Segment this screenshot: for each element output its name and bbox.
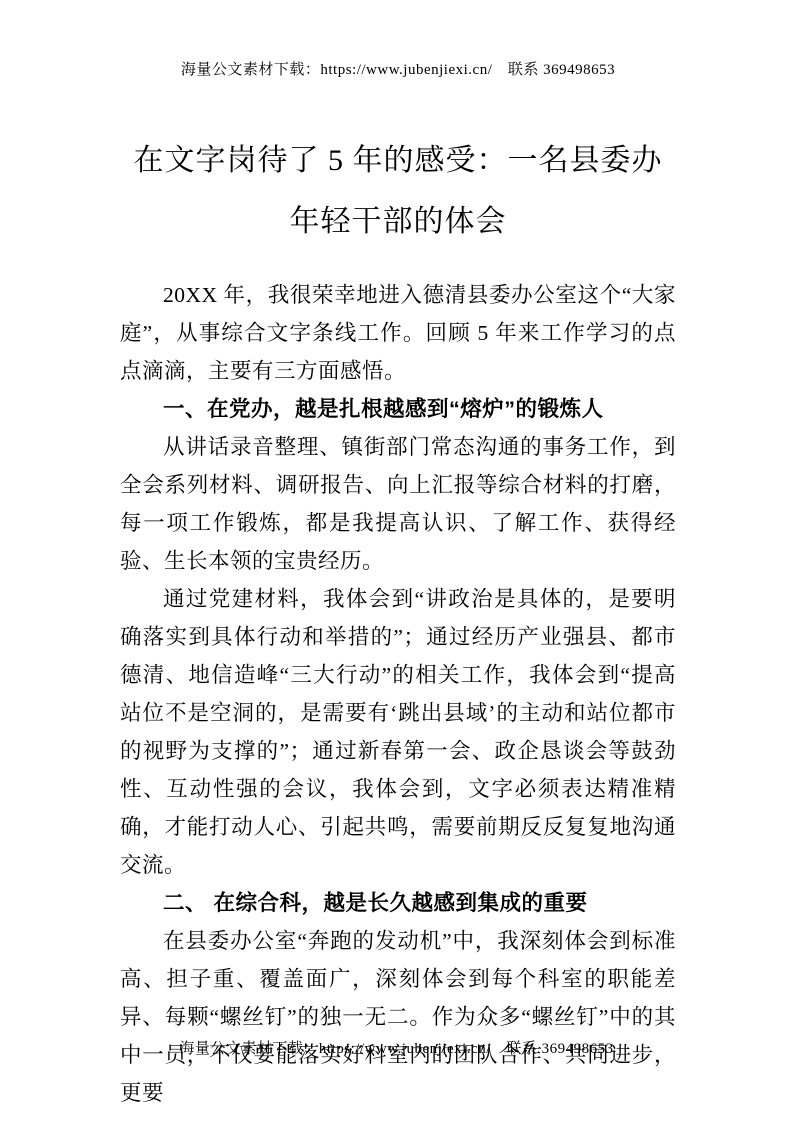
section-1-paragraph-2: 通过党建材料，我体会到“讲政治是具体的，是要明确落实到具体行动和举措的”；通过经…	[120, 580, 676, 884]
document-page: 海量公文素材下载：https://www.jubenjiexi.cn/ 联系 3…	[0, 0, 793, 1122]
section-2-heading: 二、 在综合科，越是长久越感到集成的重要	[120, 884, 676, 922]
section-1-heading: 一、在党办，越是扎根越感到“熔炉”的锻炼人	[120, 390, 676, 428]
intro-paragraph: 20XX 年，我很荣幸地进入德清县委办公室这个“大家庭”，从事综合文字条线工作。…	[120, 276, 676, 390]
section-2-paragraph-1: 在县委办公室“奔跑的发动机”中，我深刻体会到标准高、担子重、覆盖面广，深刻体会到…	[120, 922, 676, 1112]
document-title: 在文字岗待了 5 年的感受：一名县委办年轻干部的体会	[120, 130, 676, 252]
header-note: 海量公文素材下载：https://www.jubenjiexi.cn/ 联系 3…	[120, 0, 676, 78]
section-1-paragraph-1: 从讲话录音整理、镇街部门常态沟通的事务工作，到全会系列材料、调研报告、向上汇报等…	[120, 428, 676, 580]
document-body: 20XX 年，我很荣幸地进入德清县委办公室这个“大家庭”，从事综合文字条线工作。…	[120, 276, 676, 1112]
footer-note: 海量公文素材下载：https://www.jubenjiexi.cn/ 联系 3…	[0, 1041, 793, 1057]
